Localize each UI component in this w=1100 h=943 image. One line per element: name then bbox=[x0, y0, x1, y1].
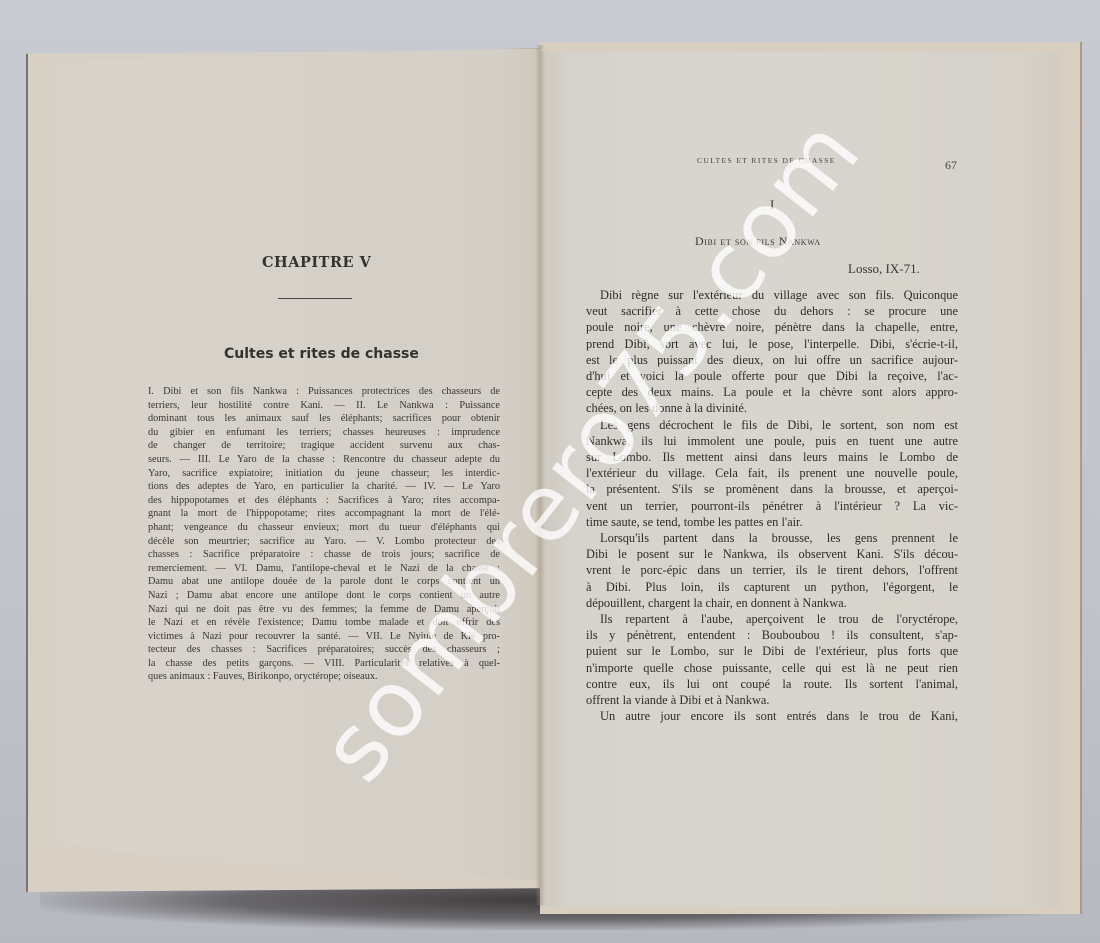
body-line: l'extérieur du village. Cela fait, ils p… bbox=[586, 465, 958, 481]
body-line: Lorsqu'ils partent dans la brousse, les … bbox=[586, 530, 958, 546]
body-line: vrent le porc-épic dans un terrier, ils … bbox=[586, 562, 958, 578]
body-text: Dibi règne sur l'extérieur du village av… bbox=[586, 287, 958, 724]
section-title: Dibi et son fils Nankwa bbox=[695, 234, 821, 249]
summary-line: tions des adeptes de Yaro, en particulie… bbox=[148, 480, 500, 494]
body-line: à Dibi. Plus loin, ils capturent un pyth… bbox=[586, 579, 958, 595]
book-gutter bbox=[535, 45, 545, 905]
body-line: poule noire, une chèvre noire, pénètre d… bbox=[586, 319, 958, 335]
body-line: contre eux, ils lui ont coupé la route. … bbox=[586, 676, 958, 692]
body-line: d'hui et voici la poule offerte pour que… bbox=[586, 368, 958, 384]
body-line: puient sur le Lombo, sur le Dibi de l'ex… bbox=[586, 643, 958, 659]
body-line: ils y pénètrent, entendent : Bouboubou !… bbox=[586, 627, 958, 643]
summary-line: gnant la mort de l'hippopotame; rites ac… bbox=[148, 507, 500, 521]
summary-line: tecteur des chasses : Sacrifices prépara… bbox=[148, 643, 500, 657]
page-number: 67 bbox=[945, 158, 957, 173]
chapter-subtitle: Cultes et rites de chasse bbox=[224, 346, 484, 362]
body-line: prend Dibi, sort avec lui, le pose, l'in… bbox=[586, 336, 958, 352]
body-line: Un autre jour encore ils sont entrés dan… bbox=[586, 708, 958, 724]
summary-line: la chasse des petits garçons. — VIII. Pa… bbox=[148, 657, 500, 671]
summary-line: Damu abat une antilope douée de la parol… bbox=[148, 575, 500, 589]
body-line: chées, on les donne à la divinité. bbox=[586, 400, 958, 416]
body-line: time saute, se tend, tombe les pattes en… bbox=[586, 514, 958, 530]
summary-line: décèle son meurtrier; sacrifice au Yaro.… bbox=[148, 535, 500, 549]
body-line: Les gens décrochent le fils de Dibi, le … bbox=[586, 417, 958, 433]
chapter-title: CHAPITRE V bbox=[262, 254, 422, 271]
summary-line: Yaro, sacrifice expiatoire; initiation d… bbox=[148, 467, 500, 481]
body-line: veut sacrifier à cette chose du dehors :… bbox=[586, 303, 958, 319]
summary-line: Nazi ; Damu abat encore une antilope don… bbox=[148, 589, 500, 603]
summary-line: des hippopotames et des éléphants : Sacr… bbox=[148, 494, 500, 508]
chapter-divider bbox=[278, 298, 352, 299]
summary-line: ques animaux : Fauves, Birikonpo, orycté… bbox=[148, 670, 500, 684]
body-line: n'importe quelle chose puissante, celle … bbox=[586, 660, 958, 676]
summary-line: terriers, leur hostilité contre Kani. — … bbox=[148, 399, 500, 413]
summary-line: remerciement. — VI. Damu, l'antilope-che… bbox=[148, 562, 500, 576]
body-line: Dibi règne sur l'extérieur du village av… bbox=[586, 287, 958, 303]
body-line: dépouillent, chargent la chair, en donne… bbox=[586, 595, 958, 611]
summary-line: de changer de territoire; tragique accid… bbox=[148, 439, 500, 453]
summary-line: dominant tous les animaux sauf les éléph… bbox=[148, 412, 500, 426]
body-line: Dibi le posent sur le Nankwa, ils observ… bbox=[586, 546, 958, 562]
body-line: la présentent. S'ils se promènent dans l… bbox=[586, 481, 958, 497]
body-line: offrent la viande à Dibi et à Nankwa. bbox=[586, 692, 958, 708]
body-line: cepte des deux mains. La poule et la chè… bbox=[586, 384, 958, 400]
summary-line: Nazi qui ne doit pas être vu des femmes;… bbox=[148, 603, 500, 617]
body-line: est le plus puissant des dieux, on lui o… bbox=[586, 352, 958, 368]
summary-line: chasses : Sacrifice préparatoire : chass… bbox=[148, 548, 500, 562]
summary-line: victimes à Nazi pour recouvrer la santé.… bbox=[148, 630, 500, 644]
body-line: sur Lombo. Ils mettent ainsi dans leurs … bbox=[586, 449, 958, 465]
body-line: Ils repartent à l'aube, aperçoivent le t… bbox=[586, 611, 958, 627]
place-date: Losso, IX-71. bbox=[848, 261, 920, 277]
chapter-summary: I. Dibi et son fils Nankwa : Puissances … bbox=[148, 385, 500, 684]
body-line: Nankwa, ils lui immolent une poule, puis… bbox=[586, 433, 958, 449]
section-numeral: I bbox=[770, 197, 774, 213]
summary-line: I. Dibi et son fils Nankwa : Puissances … bbox=[148, 385, 500, 399]
body-line: vent un terrier, pourront-ils pénétrer à… bbox=[586, 498, 958, 514]
summary-line: le Nazi et en révèle l'existence; Damu t… bbox=[148, 616, 500, 630]
running-head: CULTES ET RITES DE CHASSE bbox=[697, 156, 836, 165]
summary-line: du gibier en enfumant les terriers; chas… bbox=[148, 426, 500, 440]
summary-line: phant; vengeance du chasseur envieux; mo… bbox=[148, 521, 500, 535]
summary-line: seurs. — III. Le Yaro de la chasse : Ren… bbox=[148, 453, 500, 467]
